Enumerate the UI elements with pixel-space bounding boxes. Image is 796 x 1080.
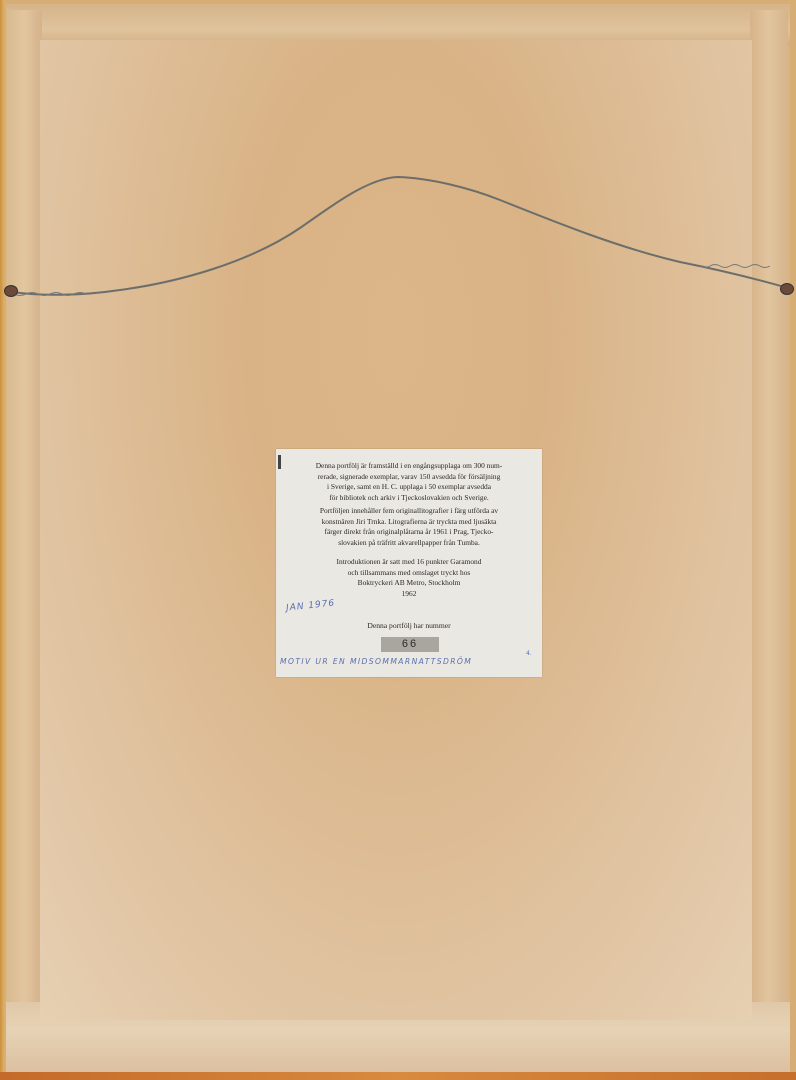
tape-left xyxy=(6,10,42,1062)
tape-right xyxy=(750,10,788,1062)
label-line: slovakien på träfritt akvarellpapper frå… xyxy=(276,538,542,549)
handwritten-date: JAN 1976 xyxy=(286,598,336,614)
handwritten-motif: MOTIV UR EN MIDSOMMARNATTSDRÖM xyxy=(280,657,472,668)
label-line: för bibliotek och arkiv i Tjeckoslovakie… xyxy=(276,493,542,504)
label-paragraph-1: Denna portfölj är framställd i en engång… xyxy=(276,461,542,503)
label-paragraph-2: Portföljen innehåller fem originallitogr… xyxy=(276,506,542,548)
label-line: Introduktionen är satt med 16 punkter Ga… xyxy=(276,557,542,568)
label-line: Boktryckeri AB Metro, Stockholm xyxy=(276,578,542,589)
wire-hook-left xyxy=(4,285,18,297)
label-line: rerade, signerade exemplar, varav 150 av… xyxy=(276,472,542,483)
label-line: Portföljen innehåller fem originallitogr… xyxy=(276,506,542,517)
label-line: 1962 xyxy=(276,589,542,600)
label-paragraph-3: Introduktionen är satt med 16 punkter Ga… xyxy=(276,557,542,599)
handwritten-mark: 4. xyxy=(526,649,532,660)
edition-label: Denna portfölj är framställd i en engång… xyxy=(276,449,542,677)
frame-bottom-edge xyxy=(0,1072,796,1080)
wire-hook-right xyxy=(780,283,794,295)
label-line: i Sverige, samt en H. C. upplaga i 50 ex… xyxy=(276,482,542,493)
label-line: och tillsammans med omslaget tryckt hos xyxy=(276,568,542,579)
number-caption: Denna portfölj har nummer xyxy=(276,621,542,632)
label-line: Denna portfölj är framställd i en engång… xyxy=(276,461,542,472)
label-line: färger direkt från originalplåtarna år 1… xyxy=(276,527,542,538)
label-line: konstnären Jiri Trnka. Litografierna är … xyxy=(276,517,542,528)
edition-number: 66 xyxy=(381,637,439,652)
